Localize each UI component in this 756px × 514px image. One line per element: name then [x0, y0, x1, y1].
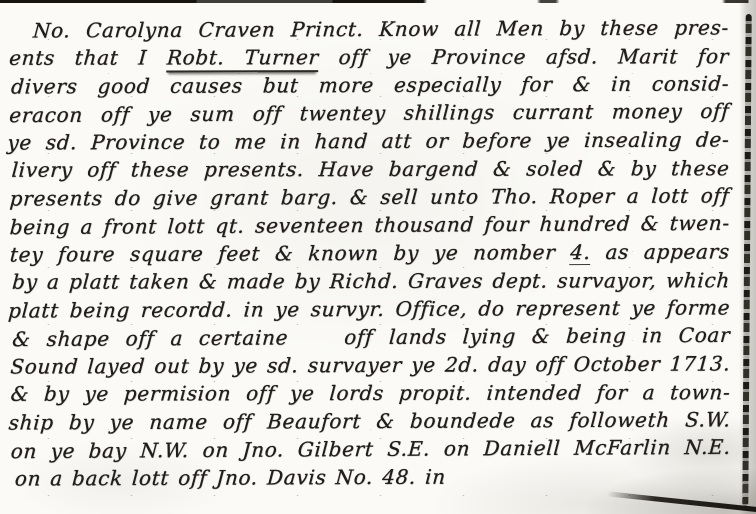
text-segment: livery off these presents. Have bargend …	[11, 156, 731, 182]
text-segment: being a front lott qt. seventeen thousan…	[9, 211, 731, 239]
page-edge-shadow	[742, 14, 751, 506]
text-line: platt being recordd. in ye survyr. Offic…	[3, 293, 731, 324]
text-line: tey foure square feet & known by ye nomb…	[3, 237, 731, 268]
scan-right-margin	[739, 0, 756, 514]
text-line: livery off these presents. Have bargend …	[3, 154, 731, 184]
text-segment: presents do give grant barg. & sell unto…	[9, 183, 731, 210]
text-segment: as appears	[590, 239, 731, 264]
page-corner-fold	[607, 491, 756, 513]
text-segment: & by ye permision off ye lords propit. i…	[10, 380, 732, 406]
text-segment: off lands lying & being in Coar	[344, 323, 732, 349]
text-segment: platt being recordd. in ye survyr. Offic…	[7, 295, 731, 322]
text-segment: Sound layed out by ye sd. survayer ye 2d…	[10, 351, 732, 378]
text-segment: tey foure square feet & known by ye nomb…	[9, 240, 571, 266]
text-segment: ye sd. Province to me in hand att or bef…	[7, 127, 731, 154]
text-segment: ship by ye name off Beaufort & boundede …	[8, 407, 732, 434]
text-line: & by ye permision off ye lords propit. i…	[4, 378, 732, 408]
text-line: being a front lott qt. seventeen thousan…	[3, 209, 731, 241]
text-segment: on ye bay N.W. on Jno. Gilbert S.E. on D…	[10, 435, 732, 463]
text-line: divers good causes but more especially f…	[2, 69, 730, 100]
text-line: on a back lott off Jno. Davis No. 48. in	[4, 461, 732, 492]
text-segment: eracon off ye sum off twentey shillings …	[9, 99, 731, 127]
text-segment: ents that I	[8, 45, 167, 69]
text-line: ye sd. Province to me in hand att or bef…	[3, 125, 731, 156]
text-line: ents that I Robt. Turner off ye Province…	[2, 42, 730, 72]
scan-top-edge-line	[0, 0, 756, 3]
text-segment: divers good causes but more especially f…	[10, 71, 730, 98]
scanned-document: No. Carolyna Craven Princt. Know all Men…	[0, 0, 756, 514]
text-line: eracon off ye sum off twentey shillings …	[2, 97, 730, 129]
text-line: on ye bay N.W. on Jno. Gilbert S.E. on D…	[4, 433, 732, 465]
text-line: presents do give grant barg. & sell unto…	[3, 181, 731, 212]
text-segment: by a platt taken & made by Richd. Graves…	[11, 268, 731, 294]
text-line: Sound layed out by ye sd. survayer ye 2d…	[4, 349, 732, 380]
underlined-text: 4.	[569, 240, 591, 265]
text-line: No. Carolyna Craven Princt. Know all Men…	[2, 13, 730, 44]
text-segment: on a back lott off Jno. Davis No. 48. in	[14, 465, 447, 491]
text-segment: off ye Province afsd. Marit for	[318, 44, 730, 69]
text-line: ship by ye name off Beaufort & boundede …	[4, 405, 732, 436]
text-segment: & shape off a certaine	[12, 325, 289, 351]
text-line: by a platt taken & made by Richd. Graves…	[3, 266, 731, 296]
document-lines: No. Carolyna Craven Princt. Know all Men…	[3, 13, 731, 492]
text-segment: No. Carolyna Craven Princt. Know all Men…	[32, 15, 730, 42]
text-line: & shape off a certaineoff lands lying & …	[3, 321, 731, 353]
underlined-text: Robt. Turner	[166, 45, 320, 72]
